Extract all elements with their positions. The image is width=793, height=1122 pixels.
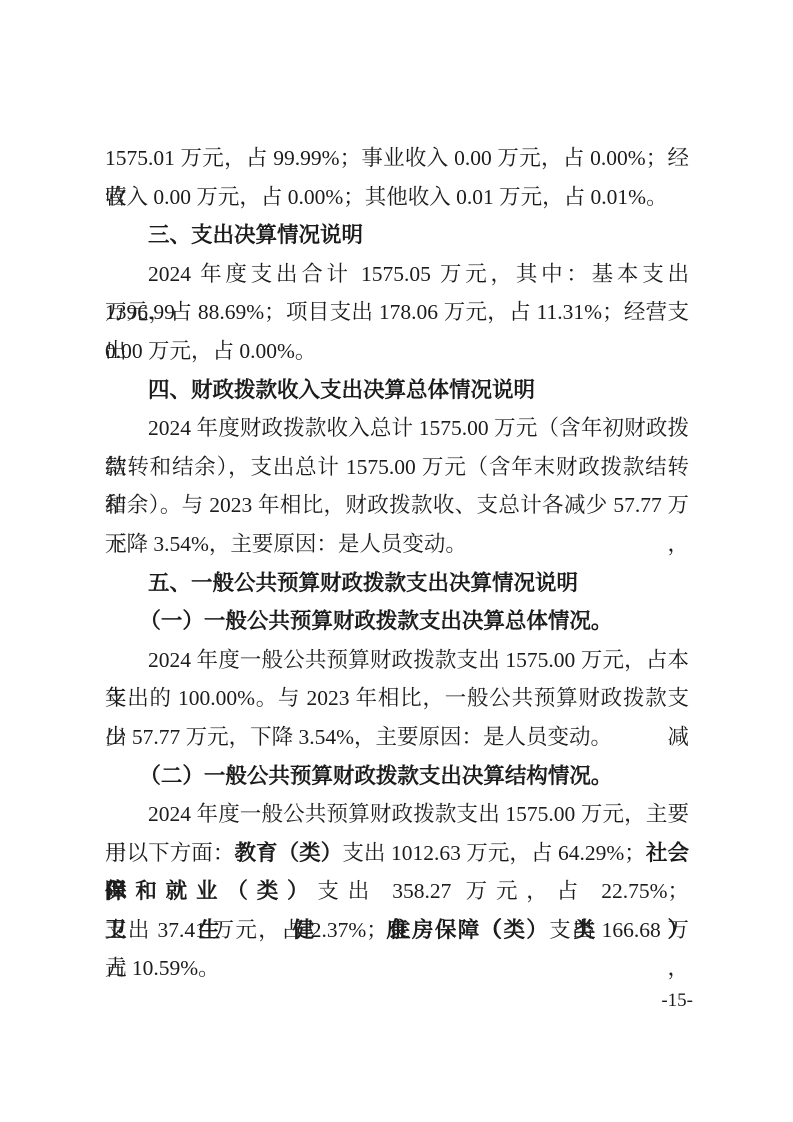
heading-line: 三、支出决算情况说明 xyxy=(105,216,689,255)
text-line: 支出 37.41 万元，占 2.37%；住房保障（类）支出 166.68 万元， xyxy=(105,911,689,950)
bold-text-segment: 五、一般公共预算财政拨款支出决算情况说明 xyxy=(148,571,578,595)
text-segment: 少 57.77 万元，下降 3.54%，主要原因：是人员变动。 xyxy=(105,725,612,749)
text-segment: 于以下方面： xyxy=(105,841,234,865)
document-body: 1575.01 万元，占 99.99%；事业收入 0.00 万元，占 0.00%… xyxy=(105,139,689,988)
text-line: 收入 0.00 万元，占 0.00%；其他收入 0.01 万元，占 0.01%。 xyxy=(105,178,689,217)
text-line: 少 57.77 万元，下降 3.54%，主要原因：是人员变动。 xyxy=(105,718,689,757)
text-line: 结转和结余），支出总计 1575.00 万元（含年末财政拨款结转和 xyxy=(105,448,689,487)
bold-text-segment: （一）一般公共预算财政拨款支出决算总体情况。 xyxy=(139,609,612,633)
text-segment: 占 10.59%。 xyxy=(105,956,220,980)
text-line: 1575.01 万元，占 99.99%；事业收入 0.00 万元，占 0.00%… xyxy=(105,139,689,178)
text-line: 0.00 万元，占 0.00%。 xyxy=(105,332,689,371)
text-segment: 下降 3.54%，主要原因：是人员变动。 xyxy=(105,532,467,556)
text-line: 2024 年度财政拨款收入总计 1575.00 万元（含年初财政拨款 xyxy=(105,409,689,448)
heading-line: （一）一般公共预算财政拨款支出决算总体情况。 xyxy=(105,602,689,641)
bold-text-segment: 教育（类） xyxy=(234,841,342,865)
text-line: 支出的 100.00%。与 2023 年相比，一般公共预算财政拨款支出减 xyxy=(105,679,689,718)
text-line: 障和就业（类）支出 358.27 万元，占 22.75%；卫生健康（类） xyxy=(105,872,689,911)
text-line: 2024 年度支出合计 1575.05 万元，其中：基本支出 1396.99 xyxy=(105,255,689,294)
text-segment: 支出 358.27 万元，占 22.75%； xyxy=(317,879,689,903)
text-line: 2024 年度一般公共预算财政拨款支出 1575.00 万元，占本年 xyxy=(105,641,689,680)
document-page: 1575.01 万元，占 99.99%；事业收入 0.00 万元，占 0.00%… xyxy=(0,0,793,1122)
bold-text-segment: （二）一般公共预算财政拨款支出决算结构情况。 xyxy=(139,764,612,788)
bold-text-segment: 四、财政拨款收入支出决算总体情况说明 xyxy=(148,378,535,402)
text-segment: 收入 0.00 万元，占 0.00%；其他收入 0.01 万元，占 0.01%。 xyxy=(105,185,668,209)
text-line: 结余）。与 2023 年相比，财政拨款收、支总计各减少 57.77 万元， xyxy=(105,486,689,525)
heading-line: （二）一般公共预算财政拨款支出决算结构情况。 xyxy=(105,757,689,796)
text-segment: 支出 1012.63 万元，占 64.29%； xyxy=(342,841,645,865)
text-segment: 支出 37.41 万元，占 2.37%； xyxy=(105,918,388,942)
text-line: 2024 年度一般公共预算财政拨款支出 1575.00 万元，主要用 xyxy=(105,795,689,834)
heading-line: 五、一般公共预算财政拨款支出决算情况说明 xyxy=(105,564,689,603)
heading-line: 四、财政拨款收入支出决算总体情况说明 xyxy=(105,371,689,410)
bold-text-segment: 障和就业（类） xyxy=(105,879,317,903)
text-line: 万元，占 88.69%；项目支出 178.06 万元，占 11.31%；经营支出 xyxy=(105,293,689,332)
text-line: 于以下方面：教育（类）支出 1012.63 万元，占 64.29%；社会保 xyxy=(105,834,689,873)
bold-text-segment: 住房保障（类） xyxy=(388,918,549,942)
bold-text-segment: 三、支出决算情况说明 xyxy=(148,223,363,247)
page-number: -15- xyxy=(661,990,693,1012)
text-segment: 0.00 万元，占 0.00%。 xyxy=(105,339,316,363)
